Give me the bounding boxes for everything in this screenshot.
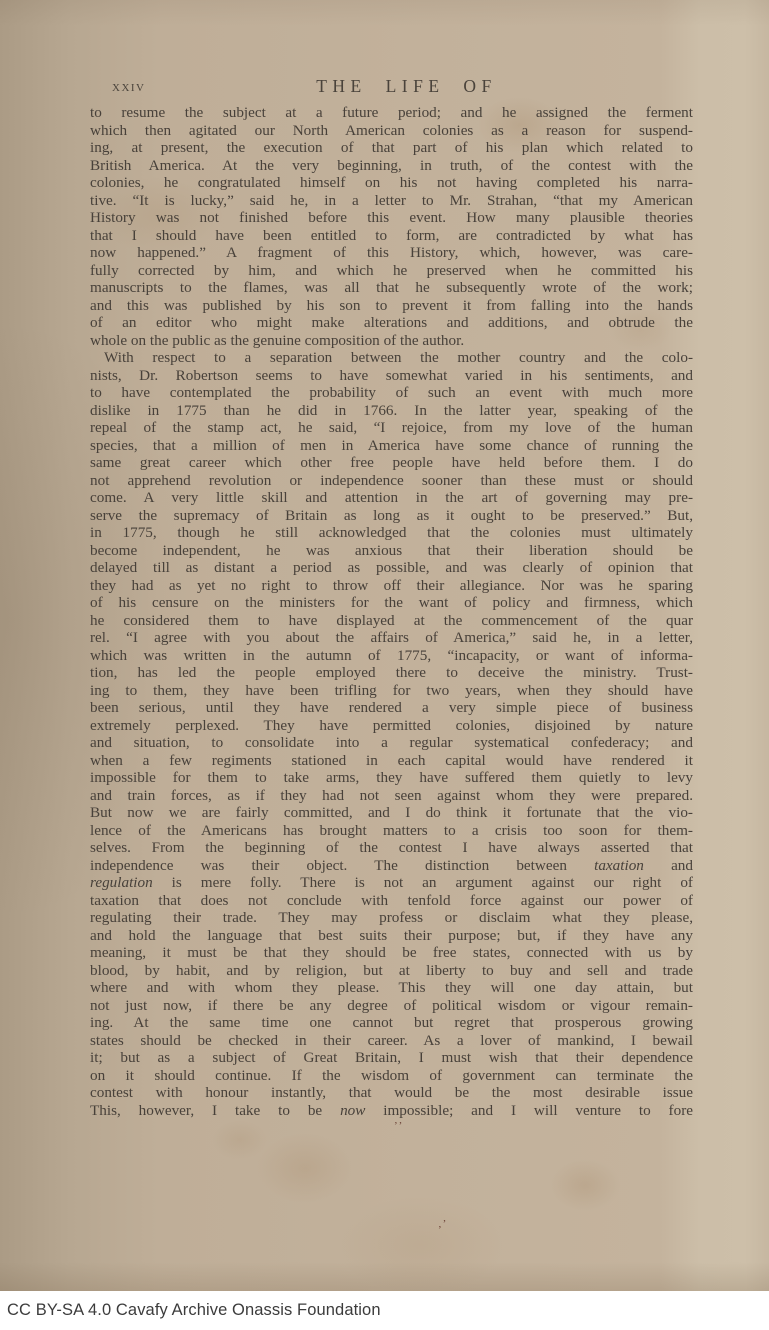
text-line: colonies, he congratulated himself on hi… xyxy=(90,174,693,192)
text-line: where and with whom they please. This th… xyxy=(90,979,693,997)
text-line: species, that a million of men in Americ… xyxy=(90,437,693,455)
text-line: to have contemplated the probability of … xyxy=(90,384,693,402)
text-block: to resume the subject at a future period… xyxy=(90,104,693,1119)
text-line: he considered them to have displayed at … xyxy=(90,612,693,630)
text-line: states should be checked in their career… xyxy=(90,1032,693,1050)
text-line: serve the supremacy of Britain as long a… xyxy=(90,507,693,525)
paragraph: With respect to a separation between the… xyxy=(90,349,693,1119)
text-line: regulation is mere folly. There is not a… xyxy=(90,874,693,892)
text-line: not just now, if there be any degree of … xyxy=(90,997,693,1015)
text-line: it; but as a subject of Great Britain, I… xyxy=(90,1049,693,1067)
ink-speck: ‚‚ xyxy=(394,1114,403,1126)
text-line: nists, Dr. Robertson seems to have somew… xyxy=(90,367,693,385)
text-line: on it should continue. If the wisdom of … xyxy=(90,1067,693,1085)
text-line: lence of the Americans has brought matte… xyxy=(90,822,693,840)
text-line: they had as yet no right to throw off th… xyxy=(90,577,693,595)
text-line: and situation, to consolidate into a reg… xyxy=(90,734,693,752)
text-line: which then agitated our North American c… xyxy=(90,122,693,140)
text-line: ing. At the same time one cannot but reg… xyxy=(90,1014,693,1032)
text-line: come. A very little skill and attention … xyxy=(90,489,693,507)
text-line: and hold the language that best suits th… xyxy=(90,927,693,945)
text-line: same great career which other free peopl… xyxy=(90,454,693,472)
paragraph: to resume the subject at a future period… xyxy=(90,104,693,349)
text-line: whole on the public as the genuine compo… xyxy=(90,332,693,350)
text-line: But now we are fairly committed, and I d… xyxy=(90,804,693,822)
text-line: fully corrected by him, and which he pre… xyxy=(90,262,693,280)
text-line: been serious, until they have rendered a… xyxy=(90,699,693,717)
text-line: in 1775, though he still acknowledged th… xyxy=(90,524,693,542)
text-line: ing to them, they have been trifling for… xyxy=(90,682,693,700)
text-line: impossible for them to take arms, they h… xyxy=(90,769,693,787)
text-line: now happened.” A fragment of this Histor… xyxy=(90,244,693,262)
text-line: blood, by habit, and by religion, but at… xyxy=(90,962,693,980)
text-line: and this was published by his son to pre… xyxy=(90,297,693,315)
text-line: repeal of the stamp act, he said, “I rej… xyxy=(90,419,693,437)
text-line: contest with honour instantly, that woul… xyxy=(90,1084,693,1102)
text-line: extremely perplexed. They have permitted… xyxy=(90,717,693,735)
screenshot: xxiv THE LIFE OF to resume the subject a… xyxy=(0,0,769,1330)
running-title: THE LIFE OF xyxy=(90,76,693,97)
text-line: manuscripts to the flames, was all that … xyxy=(90,279,693,297)
text-line: become independent, he was anxious that … xyxy=(90,542,693,560)
text-line: that I should have been entitled to form… xyxy=(90,227,693,245)
text-line: meaning, it must be that they should be … xyxy=(90,944,693,962)
text-line: and train forces, as if they had not see… xyxy=(90,787,693,805)
text-line: of an editor who might make alterations … xyxy=(90,314,693,332)
ink-speck: ‚’ xyxy=(438,1218,447,1230)
text-line: rel. “I agree with you about the affairs… xyxy=(90,629,693,647)
text-line: tion, has led the people employed there … xyxy=(90,664,693,682)
text-line: History was not finished before this eve… xyxy=(90,209,693,227)
text-line: of his censure on the ministers for the … xyxy=(90,594,693,612)
text-line: tive. “It is lucky,” said he, in a lette… xyxy=(90,192,693,210)
text-line: independence was their object. The disti… xyxy=(90,857,693,875)
text-line: when a few regiments stationed in each c… xyxy=(90,752,693,770)
text-line: ing, at present, the execution of that p… xyxy=(90,139,693,157)
text-line: delayed till as distant a period as poss… xyxy=(90,559,693,577)
scanned-book-page: xxiv THE LIFE OF to resume the subject a… xyxy=(0,0,769,1291)
text-line: dislike in 1775 than he did in 1766. In … xyxy=(90,402,693,420)
text-line: This, however, I take to be now impossib… xyxy=(90,1102,693,1120)
text-line: With respect to a separation between the… xyxy=(90,349,693,367)
text-line: which was written in the autumn of 1775,… xyxy=(90,647,693,665)
text-line: not apprehend revolution or independence… xyxy=(90,472,693,490)
attribution-bar: CC BY-SA 4.0 Cavafy Archive Onassis Foun… xyxy=(0,1291,769,1330)
text-line: taxation that does not conclude with ten… xyxy=(90,892,693,910)
text-line: British America. At the very beginning, … xyxy=(90,157,693,175)
text-line: regulating their trade. They may profess… xyxy=(90,909,693,927)
license-attribution: CC BY-SA 4.0 Cavafy Archive Onassis Foun… xyxy=(7,1301,381,1320)
running-head: xxiv THE LIFE OF xyxy=(90,76,693,98)
text-line: selves. From the beginning of the contes… xyxy=(90,839,693,857)
text-line: to resume the subject at a future period… xyxy=(90,104,693,122)
